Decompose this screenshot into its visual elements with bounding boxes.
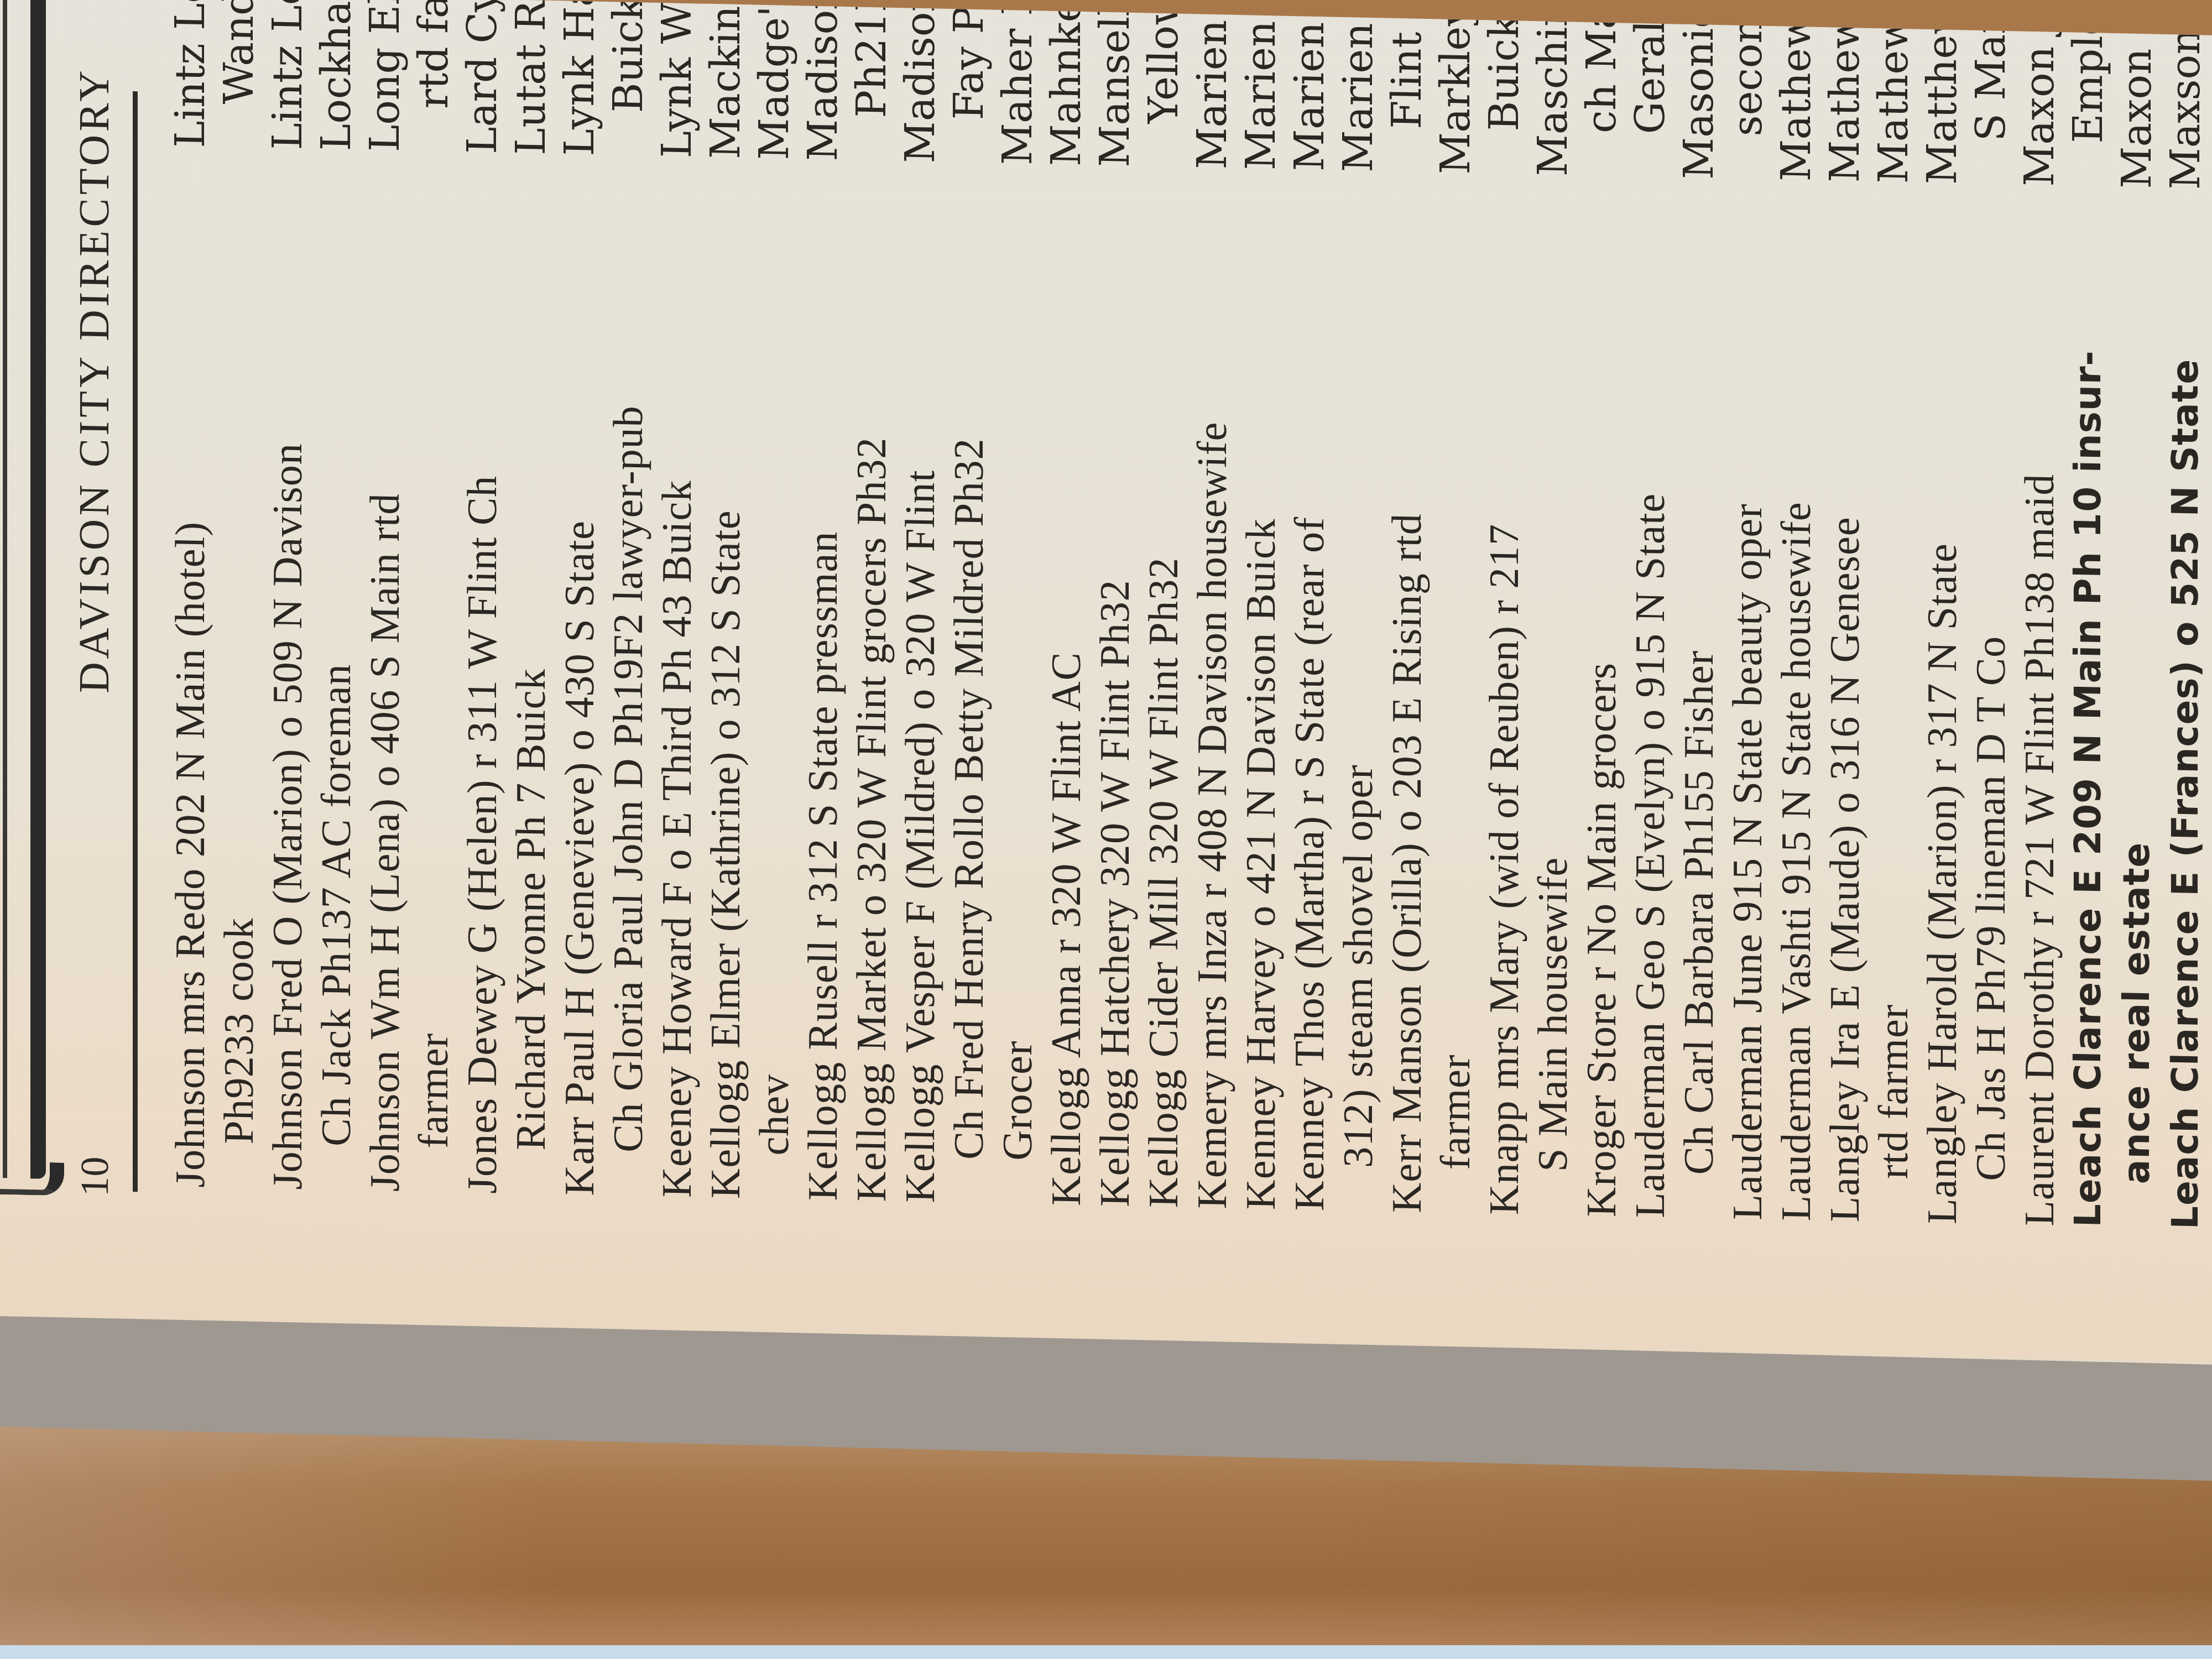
- directory-entry: Marien Nels: [1285, 0, 1334, 172]
- entry-continuation-line: rtd farm: [409, 0, 458, 153]
- directory-entry: Langley Ira E (Maude) o 316 N Geneseertd…: [1820, 514, 1918, 1224]
- entry-name-line: Maher Leo: [994, 0, 1041, 165]
- entry-name-line: Knapp mrs Mary (wid of Reuben) r 217: [1481, 523, 1527, 1215]
- directory-entry: Mathews Dori: [1869, 0, 1918, 184]
- directory-entry: Johnson Wm H (Lena) o 406 S Main rtdfarm…: [361, 483, 458, 1193]
- entry-continuation-line: Fay Pon: [945, 0, 993, 165]
- directory-entry: Mahnke Cla: [1042, 0, 1091, 166]
- directory-entry: Lauderman Geo S (Evelyn) o 915 N StateCh…: [1626, 510, 1723, 1220]
- directory-entry: Kemery mrs Inza r 408 N Davison housewif…: [1188, 500, 1237, 1209]
- entry-name-line: Madison Ra: [896, 0, 944, 164]
- entry-name-line: Mansell Ric: [1091, 0, 1139, 168]
- directory-column-1: Johnson mrs Redo 202 N Main (hotel)Ph923…: [166, 479, 2212, 1239]
- entry-name-line: Jones Dewey G (Helen) r 311 W Flint Ch: [459, 475, 505, 1194]
- directory-entry: Marien mrsFlint Ph7: [1334, 0, 1431, 174]
- binding-frame-thin-rule: [3, 0, 7, 1178]
- entry-name-line: Kellogg Market o 320 W Flint grocers Ph3…: [848, 436, 895, 1202]
- entry-name-line: Lauderman Geo S (Evelyn) o 915 N State: [1627, 493, 1673, 1218]
- entry-name-line: Maxon Innabe: [2113, 0, 2161, 189]
- directory-entry: Laurent Dorothy r 721 W Flint Ph138 maid: [2015, 518, 2064, 1227]
- entry-name-line: Mathews Bern: [1821, 0, 1869, 183]
- directory-entry: Marien Earl: [1237, 0, 1285, 171]
- entry-name-line: Lauderman Vashti 915 N State housewife: [1773, 501, 1819, 1222]
- directory-entry: Madison HPh21F2 c: [799, 0, 896, 163]
- entry-continuation-line: S Main housewife: [1528, 508, 1577, 1217]
- entry-continuation-line: Flint Ph7: [1383, 0, 1431, 174]
- directory-entry: Leach Clarence E (Frances) o 525 N State…: [2161, 521, 2212, 1231]
- directory-entry: Langley Harold (Marion) r 317 N StateCh …: [1918, 516, 2015, 1226]
- binding-frame-thick-rule: [30, 0, 46, 1179]
- directory-entry: Kellogg Market o 320 W Flint grocers Ph3…: [847, 493, 896, 1202]
- entry-name-line: Lintz Lee: [166, 0, 214, 148]
- entry-name-line: Lauderman June 915 N State beauty oper: [1724, 503, 1771, 1220]
- column-divider-rule: [133, 91, 138, 1192]
- directory-entry: Lynk HaroBuick: [555, 0, 653, 158]
- entry-continuation-line: chev: [750, 491, 799, 1200]
- entry-continuation-line: Ch Gloria Paul John D Ph19F2 lawyer-pub: [604, 488, 653, 1197]
- directory-entry: Lynk Wm: [653, 0, 701, 159]
- directory-entry: Knapp mrs Mary (wid of Reuben) r 217S Ma…: [1480, 507, 1577, 1217]
- entry-name-line: Maxson Bert: [2162, 0, 2209, 190]
- entry-name-line: Kellogg Vesper F (Mildred) o 320 W Flint: [897, 469, 943, 1203]
- entry-name-line: Johnson mrs Redo 202 N Main (hotel): [167, 521, 213, 1188]
- entry-name-line: Marien Bros: [1188, 0, 1236, 170]
- directory-entry: Jones Dewey G (Helen) r 311 W Flint ChRi…: [458, 485, 555, 1195]
- entry-continuation-line: Richard Yvonne Ph 7 Buick: [507, 486, 555, 1195]
- page-number: 10: [72, 1156, 118, 1197]
- entry-name-line: Kellogg Hatchery 320 W Flint Ph32: [1092, 579, 1138, 1207]
- directory-entry: Kellogg Hatchery 320 W Flint Ph32: [1091, 498, 1139, 1207]
- directory-entry: Karr Paul H (Genevieve) o 430 S StateCh …: [555, 487, 653, 1197]
- entry-continuation-line: Buick: [604, 0, 653, 158]
- entry-name-line: Kerr Manson (Orilla) o 203 E Rising rtd: [1384, 513, 1430, 1213]
- entry-continuation-line: Ph9233 cook: [215, 480, 263, 1189]
- entry-continuation-line: Buick: [1480, 0, 1528, 176]
- entry-name-line: Maschino Wi: [1529, 0, 1577, 177]
- directory-entry: Lauderman Vashti 915 N State housewife: [1772, 513, 1820, 1222]
- entry-name-line: Lynk Haro: [556, 0, 603, 156]
- entry-name-line: Kellogg Cider Mill 320 W Flint Ph32: [1140, 557, 1187, 1208]
- entry-name-line: Lockhart I: [312, 0, 360, 152]
- entry-name-line: Leach Clarence E 209 N Main Ph 10 insur-: [2067, 349, 2109, 1228]
- directory-entry: Matthews mrsS Main hou: [1918, 0, 2015, 186]
- entry-continuation-line: 312) steam shovel oper: [1334, 504, 1383, 1213]
- entry-name-line: Lynk Wm: [653, 0, 701, 159]
- entry-continuation-line: Ch Jack Ph137 AC foreman: [312, 482, 361, 1191]
- entry-name-line: Marien Nels: [1286, 0, 1333, 172]
- entry-continuation-line: Ch Carl Barbara Ph155 Fisher: [1674, 510, 1723, 1219]
- directory-entry: Markley JohnBuick: [1431, 0, 1528, 176]
- entry-name-line: Lard Cynt: [458, 0, 506, 154]
- entry-continuation-line: Employee: [2064, 0, 2112, 188]
- entry-continuation-line: Ch Fred Henry Rollo Betty Mildred Ph32: [945, 495, 993, 1204]
- entry-continuation-line: farmer: [409, 484, 458, 1193]
- entry-continuation-line: rtd farmer: [1869, 515, 1918, 1224]
- directory-entry: Mansell RicYellow Co: [1091, 0, 1188, 169]
- entry-continuation-line: S Main hou: [1966, 0, 2015, 186]
- directory-entry: Mathews Bern: [1820, 0, 1869, 183]
- directory-entry: Lintz LeeWanda: [166, 0, 263, 149]
- entry-name-line: Kenney Thos (Martha) r S State (rear of: [1286, 516, 1333, 1211]
- directory-entry: Maxon JohnEmployee: [2015, 0, 2112, 188]
- directory-entry: Marien Bros: [1188, 0, 1237, 170]
- entry-name-line: Matthews mrs: [1918, 0, 1966, 185]
- directory-entry: Madison RaFay Pon: [896, 0, 993, 165]
- entry-name-line: Maxon John: [2016, 0, 2063, 187]
- entry-name-line: Marien Earl: [1237, 0, 1285, 171]
- entry-continuation-line: Ph12 Buick: [2210, 0, 2212, 191]
- rotated-page-content: 10 DAVISON CITY DIRECTORY Johnson mrs Re…: [0, 0, 2212, 1363]
- entry-continuation-line: Geraldine: [1626, 0, 1674, 179]
- entry-name-line: Langley Harold (Marion) r 317 N State: [1919, 542, 1965, 1224]
- directory-entry: Lauderman June 915 N State beauty oper: [1723, 512, 1772, 1220]
- entry-continuation-line: Ph 121F2 Ins bank dir: [2210, 522, 2212, 1231]
- entry-name-line: Madge's Be: [750, 0, 798, 160]
- entry-name-line: Kemery mrs Inza r 408 N Davison housewif…: [1189, 421, 1235, 1209]
- directory-entry: Kroger Store r No Main grocers: [1577, 509, 1626, 1218]
- entry-name-line: Long Elia: [361, 0, 409, 152]
- directory-entry: Leach Clarence E 209 N Main Ph 10 insur-…: [2064, 519, 2161, 1229]
- entry-name-line: Lintz Lou: [264, 0, 311, 150]
- entry-name-line: Kellogg Rusell r 312 S State pressman: [800, 531, 846, 1201]
- directory-entry: Kellogg Elmer (Kathrine) o 312 S Statech…: [701, 491, 799, 1201]
- directory-entry: Kellogg Rusell r 312 S State pressman: [799, 492, 847, 1201]
- entry-name-line: Laurent Dorothy r 721 W Flint Ph138 maid: [2016, 473, 2063, 1227]
- directory-entry: Madge's Be: [750, 0, 799, 160]
- entry-name-line: Langley Ira E (Maude) o 316 N Genesee: [1822, 516, 1868, 1222]
- running-head: DAVISON CITY DIRECTORY: [69, 67, 119, 694]
- entry-name-line: Mathews Ber: [1772, 0, 1820, 182]
- directory-entry: Maxson BertPh12 Buick: [2161, 0, 2212, 191]
- directory-entry: Kenney Harvey o 421 N Davison Buick: [1237, 502, 1285, 1211]
- entry-continuation-line: Ch Jas H Ph79 lineman D T Co: [1966, 517, 2015, 1225]
- entry-continuation-line: second: [1723, 0, 1772, 181]
- entry-name-line: Keeney Howard F o E Third Ph 43 Buick: [654, 479, 700, 1198]
- directory-entry: Kellogg Anna r 320 W Flint AC: [1042, 497, 1091, 1206]
- directory-entry: Long Eliartd farm: [361, 0, 458, 153]
- directory-entry: Johnson mrs Redo 202 N Main (hotel)Ph923…: [166, 479, 263, 1189]
- directory-entry: Kerr Manson (Orilla) o 203 E Rising rtdf…: [1383, 504, 1480, 1214]
- directory-entry: Masonic Temsecond: [1674, 0, 1772, 181]
- entry-name-line: Kenney Harvey o 421 N Davison Buick: [1238, 518, 1284, 1211]
- entry-name-line: Mathews Dori: [1870, 0, 1917, 184]
- directory-entry: Lard Cynt: [458, 0, 507, 154]
- entry-name-line: Johnson Wm H (Lena) o 406 S Main rtd: [362, 493, 408, 1192]
- entry-name-line: Kellogg Elmer (Kathrine) o 312 S State: [702, 509, 749, 1199]
- directory-column-2: Lintz LeeWandaLintz LouLockhart ILong El…: [166, 0, 2212, 196]
- entry-name-line: Kellogg Anna r 320 W Flint AC: [1043, 651, 1089, 1206]
- entry-name-line: Leach Clarence E (Frances) o 525 N State: [2164, 358, 2206, 1230]
- entry-continuation-line: ch Mary: [1577, 0, 1626, 178]
- directory-entry: Maschino Wich MaryGeraldine: [1528, 0, 1674, 179]
- directory-entry: Kellogg Cider Mill 320 W Flint Ph32: [1139, 499, 1188, 1208]
- entry-name-line: Mackin Wm: [702, 0, 749, 159]
- entry-name-line: Lutat Robt: [507, 0, 555, 155]
- entry-name-line: Masonic Tem: [1675, 0, 1723, 180]
- directory-entry: Lockhart I: [312, 0, 361, 152]
- entry-name-line: Madison H: [799, 0, 847, 161]
- entry-name-line: Karr Paul H (Genevieve) o 430 S State: [556, 520, 603, 1196]
- directory-entry: Lintz Lou: [263, 0, 312, 150]
- entry-continuation-line: Grocer: [993, 497, 1042, 1206]
- entry-name-line: Mahnke Cla: [1042, 0, 1090, 166]
- directory-entry: Lutat Robt: [507, 0, 555, 155]
- entry-name-line: Markley John: [1432, 0, 1479, 175]
- background-strip: [0, 1645, 2212, 1659]
- entry-continuation-line: Wanda: [215, 0, 263, 149]
- binding-frame-corner: [0, 1161, 64, 1196]
- directory-page: 10 DAVISON CITY DIRECTORY Johnson mrs Re…: [0, 0, 2212, 1363]
- directory-entry: Keeney Howard F o E Third Ph 43 Buick: [653, 489, 701, 1198]
- entry-continuation-line: Ph21F2 c: [847, 0, 896, 163]
- entry-continuation-line: farmer: [1431, 505, 1480, 1214]
- directory-entry: Johnson Fred O (Marion) o 509 N DavisonC…: [263, 481, 361, 1191]
- directory-entry: Mackin Wm: [701, 0, 750, 159]
- directory-entry: Mathews Ber: [1772, 0, 1820, 182]
- directory-entry: Maher Leo: [993, 0, 1042, 165]
- directory-entry: Kenney Thos (Martha) r S State (rear of3…: [1285, 503, 1383, 1213]
- directory-entry: Kellogg Vesper F (Mildred) o 320 W Flint…: [896, 494, 1042, 1206]
- directory-entry: Maxon Innabe: [2112, 0, 2161, 189]
- entry-name-line: Marien mrs: [1334, 0, 1382, 173]
- entry-name-line: Kroger Store r No Main grocers: [1578, 662, 1625, 1218]
- entry-continuation-line: ance real estate: [2112, 520, 2161, 1229]
- entry-name-line: Johnson Fred O (Marion) o 509 N Davison: [264, 442, 311, 1190]
- entry-continuation-line: Yellow Co: [1139, 0, 1188, 169]
